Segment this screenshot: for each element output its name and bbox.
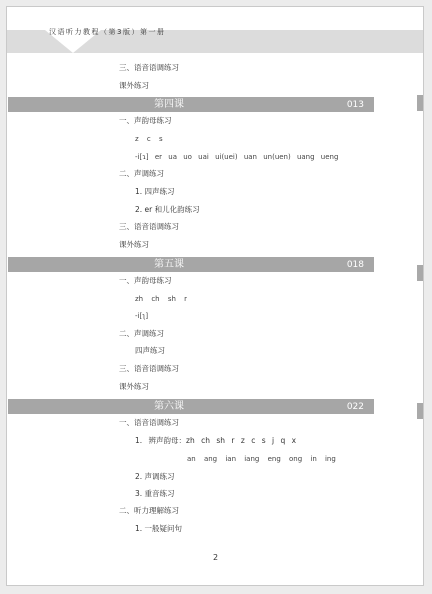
lesson-page-number: 022 [347, 401, 364, 413]
toc-entry[interactable]: 二、声调练习 [119, 329, 164, 339]
document-page: 汉语听力教程（第3版）第一册 三、语音语调练习 课外练习 第四课 013 一、声… [6, 6, 424, 586]
lesson-page-number: 013 [347, 99, 364, 111]
side-marker-tab [417, 95, 423, 111]
lesson-heading-bar[interactable]: 第四课 013 [8, 97, 374, 112]
toc-entry[interactable]: 3. 重音练习 [135, 489, 175, 499]
toc-entry[interactable]: 课外练习 [119, 382, 149, 392]
side-marker-tab [417, 265, 423, 281]
toc-entry[interactable]: 1. 四声练习 [135, 187, 175, 197]
toc-entry[interactable]: 2. er 和儿化韵练习 [135, 205, 200, 215]
side-marker-tab [417, 403, 423, 419]
lesson-heading-bar[interactable]: 第五课 018 [8, 257, 374, 272]
toc-entry-pinyin: -i[ʅ] [135, 311, 148, 321]
toc-entry[interactable]: 课外练习 [119, 240, 149, 250]
toc-entry[interactable]: 2. 声调练习 [135, 472, 175, 482]
toc-entry[interactable]: 三、语音语调练习 [119, 364, 179, 374]
toc-entry[interactable]: 1. 辨声韵母：zh ch sh r z c s j q x [135, 436, 296, 446]
page-number: 2 [213, 553, 218, 562]
toc-entry-pinyin: -i[ɿ] er ua uo uai ui(uei) uan un(uen) u… [135, 152, 338, 162]
lesson-title: 第六课 [154, 400, 184, 413]
toc-entry[interactable]: 1. 一般疑问句 [135, 524, 182, 534]
toc-entry[interactable]: 课外练习 [119, 81, 149, 91]
toc-entry[interactable]: 一、语音语调练习 [119, 418, 179, 428]
toc-entry[interactable]: 二、听力理解练习 [119, 506, 179, 516]
toc-entry-pinyin: zh ch sh r [135, 294, 187, 304]
toc-entry[interactable]: 二、声调练习 [119, 169, 164, 179]
lesson-heading-bar[interactable]: 第六课 022 [8, 399, 374, 414]
book-title: 汉语听力教程（第3版）第一册 [49, 27, 165, 37]
toc-entry[interactable]: 一、声韵母练习 [119, 276, 172, 286]
lesson-title: 第四课 [154, 98, 184, 111]
toc-entry[interactable]: 四声练习 [135, 346, 165, 356]
toc-entry[interactable]: 一、声韵母练习 [119, 116, 172, 126]
toc-entry-pinyin: z c s [135, 134, 163, 144]
toc-entry-pinyin: an ang ian iang eng ong in ing [187, 454, 336, 464]
toc-entry[interactable]: 三、语音语调练习 [119, 222, 179, 232]
lesson-title: 第五课 [154, 258, 184, 271]
lesson-page-number: 018 [347, 259, 364, 271]
toc-entry[interactable]: 三、语音语调练习 [119, 63, 179, 73]
